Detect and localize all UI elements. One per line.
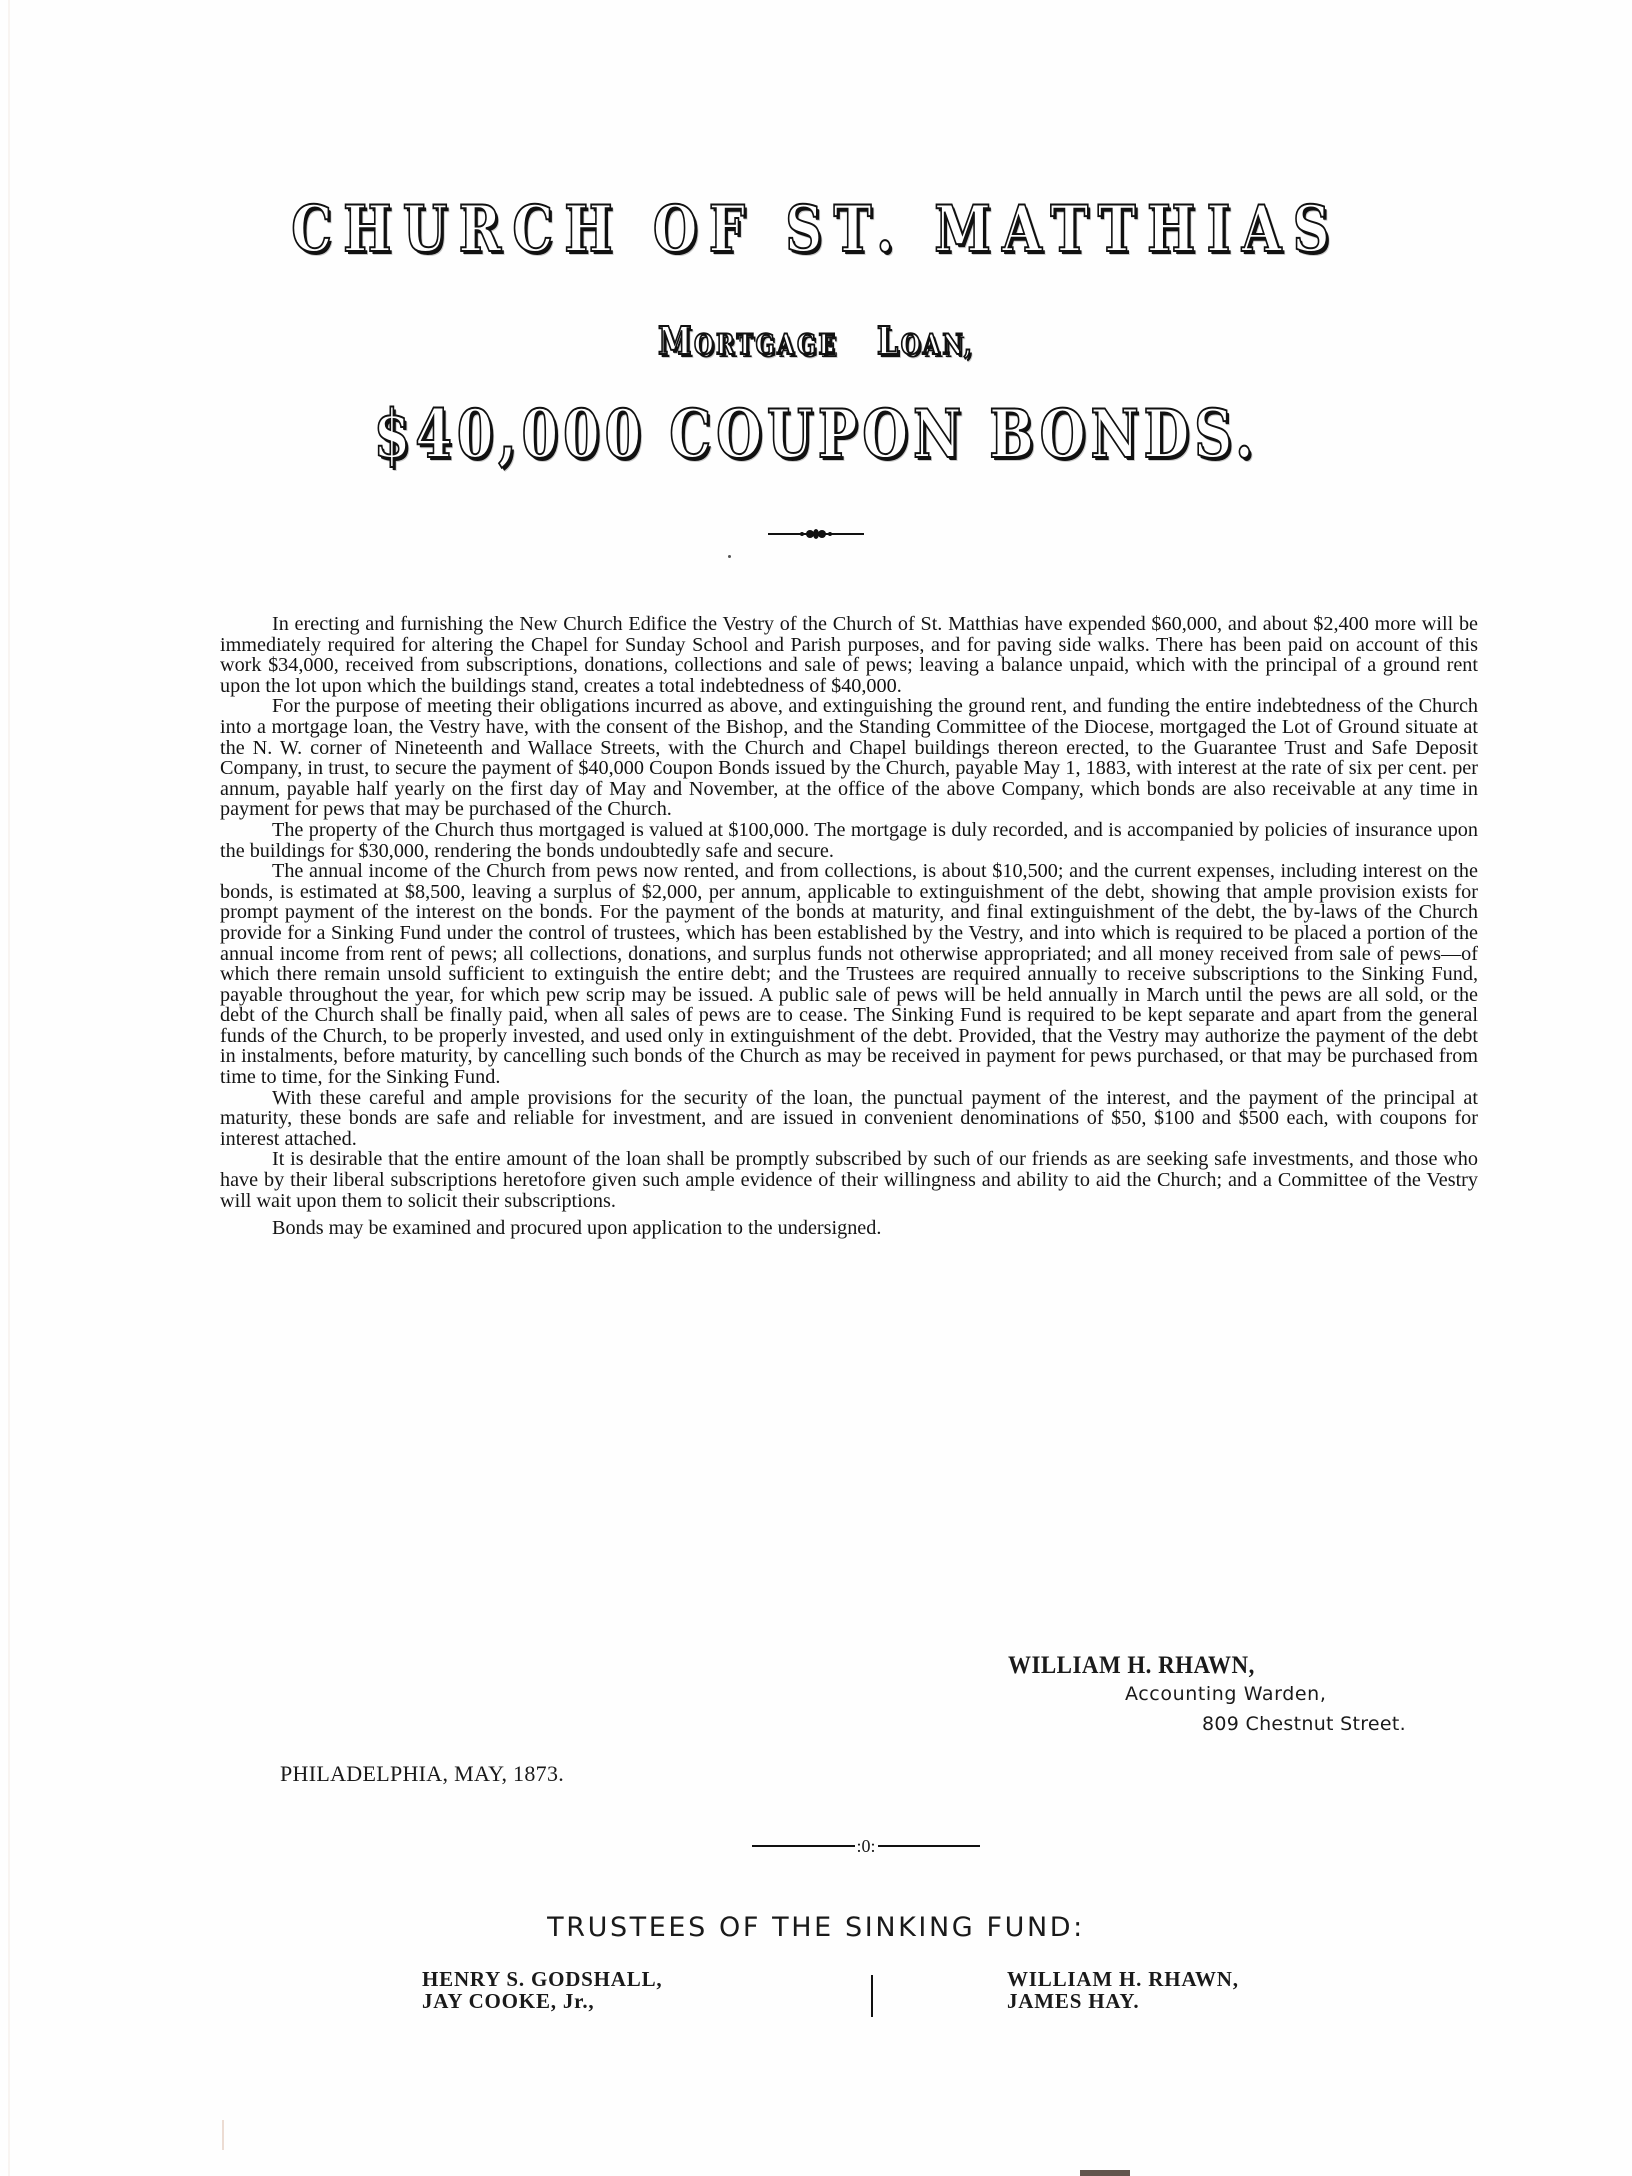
document-page: CHURCH OF ST. MATTHIAS MORTGAGE LOAN, $4… [0, 0, 1632, 2176]
divider-mark: :0: [855, 1836, 878, 1857]
document-subtitle: MORTGAGE LOAN, [163, 318, 1469, 363]
divider-rule [752, 1845, 855, 1847]
scan-edge-mark [8, 0, 10, 2176]
trustee-name: JAY COOKE, Jr., [422, 1990, 662, 2012]
paragraph: The annual income of the Church from pew… [220, 861, 1478, 1088]
closing-paragraph: Bonds may be examined and procured upon … [220, 1218, 1478, 1239]
bonds-title: $40,000 COUPON BONDS. [163, 395, 1469, 473]
paragraph: The property of the Church thus mortgage… [220, 820, 1478, 861]
print-speck [728, 555, 731, 558]
signatory-name: WILLIAM H. RHAWN, [1008, 1652, 1255, 1680]
trustee-name: HENRY S. GODSHALL, [422, 1968, 662, 1990]
subtitle-rest-2: OAN, [901, 328, 974, 361]
body-text: In erecting and furnishing the New Churc… [220, 614, 1478, 1239]
signatory-address: 809 Chestnut Street. [1202, 1713, 1406, 1735]
signatory-title: Accounting Warden, [1125, 1683, 1326, 1705]
paragraph: For the purpose of meeting their obligat… [220, 696, 1478, 820]
paragraph: With these careful and ample provisions … [220, 1088, 1478, 1150]
trustee-name: WILLIAM H. RHAWN, [1007, 1968, 1239, 1990]
trustee-name: JAMES HAY. [1007, 1990, 1239, 2012]
divider-rule [878, 1845, 981, 1847]
section-divider: :0: [752, 1834, 980, 1858]
column-separator [871, 1975, 873, 2017]
trustees-heading: TRUSTEES OF THE SINKING FUND: [0, 1912, 1632, 1943]
place-date: PHILADELPHIA, MAY, 1873. [280, 1761, 564, 1787]
subtitle-cap-2: L [877, 318, 901, 363]
paragraph: It is desirable that the entire amount o… [220, 1149, 1478, 1211]
subtitle-rest-1: ORTGAGE [694, 328, 838, 361]
scan-artifact [1080, 2170, 1130, 2176]
subtitle-cap-1: M [658, 318, 694, 363]
trustees-left-column: HENRY S. GODSHALL, JAY COOKE, Jr., [422, 1968, 662, 2012]
ornamental-rule-icon [768, 527, 864, 541]
document-title: CHURCH OF ST. MATTHIAS [163, 192, 1469, 267]
trustees-right-column: WILLIAM H. RHAWN, JAMES HAY. [1007, 1968, 1239, 2012]
scan-artifact [222, 2120, 224, 2150]
paragraph: In erecting and furnishing the New Churc… [220, 614, 1478, 696]
